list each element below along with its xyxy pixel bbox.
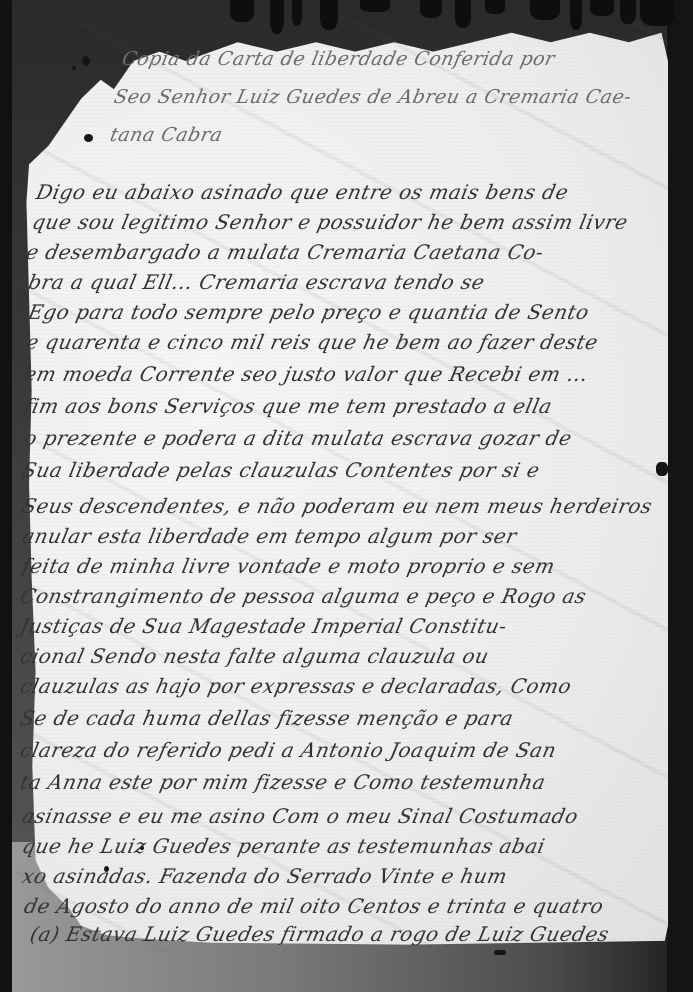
ink-blot [82,56,90,66]
body-line: bra a qual Ell... Cremaria escrava tendo… [26,270,487,294]
body-line: Sua liberdade pelas clauzulas Contentes … [20,458,542,482]
body-line: ta Anna este por mim fizesse e Como test… [18,770,548,794]
torn-top-edge [230,0,675,40]
heading-line: Copia da Carta de liberdade Conferida po… [120,48,557,70]
body-line: de Agosto do anno de mil oito Centos e t… [22,894,606,918]
body-line: em moeda Corrente seo justo valor que Re… [22,362,591,386]
body-line: e desembargado a mulata Cremaria Caetana… [24,240,546,264]
right-scan-edge [667,0,693,992]
body-line: e quarenta e cinco mil reis que he bem a… [24,330,600,354]
heading-line: Seo Senhor Luiz Guedes de Abreu a Cremar… [112,86,634,108]
body-line: clauzulas as hajo por expressas e declar… [18,674,574,698]
body-line: que he Luiz Guedes perante as testemunha… [20,834,547,858]
body-line: que sou legitimo Senhor e possuidor he b… [30,210,630,234]
body-line: Seus descendentes, e não poderam eu nem … [20,494,655,518]
body-line: Ego para todo sempre pelo preço e quanti… [26,300,591,324]
heading-line: tana Cabra [108,124,225,146]
left-scan-edge [0,0,12,992]
body-line: Digo eu abaixo asinado que entre os mais… [34,180,571,204]
body-line: Justiças de Sua Magestade Imperial Const… [18,614,509,638]
body-line: Se de cada huma dellas fizesse menção e … [18,706,516,730]
scanned-page: Copia da Carta de liberdade Conferida po… [0,0,693,992]
body-line: o prezente e podera a dita mulata escrav… [22,426,574,450]
body-line: Constrangimento de pessoa alguma e peço … [18,584,589,608]
ink-blot [84,134,93,142]
body-line: fim aos bons Serviços que me tem prestad… [22,394,555,418]
body-line: cional Sendo nesta falte alguma clauzula… [18,644,491,668]
ink-blot [656,462,668,476]
signature-line: (a) Estava Luiz Guedes firmado a rogo de… [28,922,611,946]
body-line: feita de minha livre vontade e moto prop… [20,554,557,578]
body-line: asinasse e eu me asino Com o meu Sinal C… [20,804,581,828]
body-line: clareza do referido pedi a Antonio Joaqu… [18,738,559,762]
ink-blot [72,66,76,70]
body-line: xo asinadas. Fazenda do Serrado Vinte e … [20,864,510,888]
body-line: anular esta liberdade em tempo algum por… [20,524,519,548]
ink-blot [494,950,506,955]
